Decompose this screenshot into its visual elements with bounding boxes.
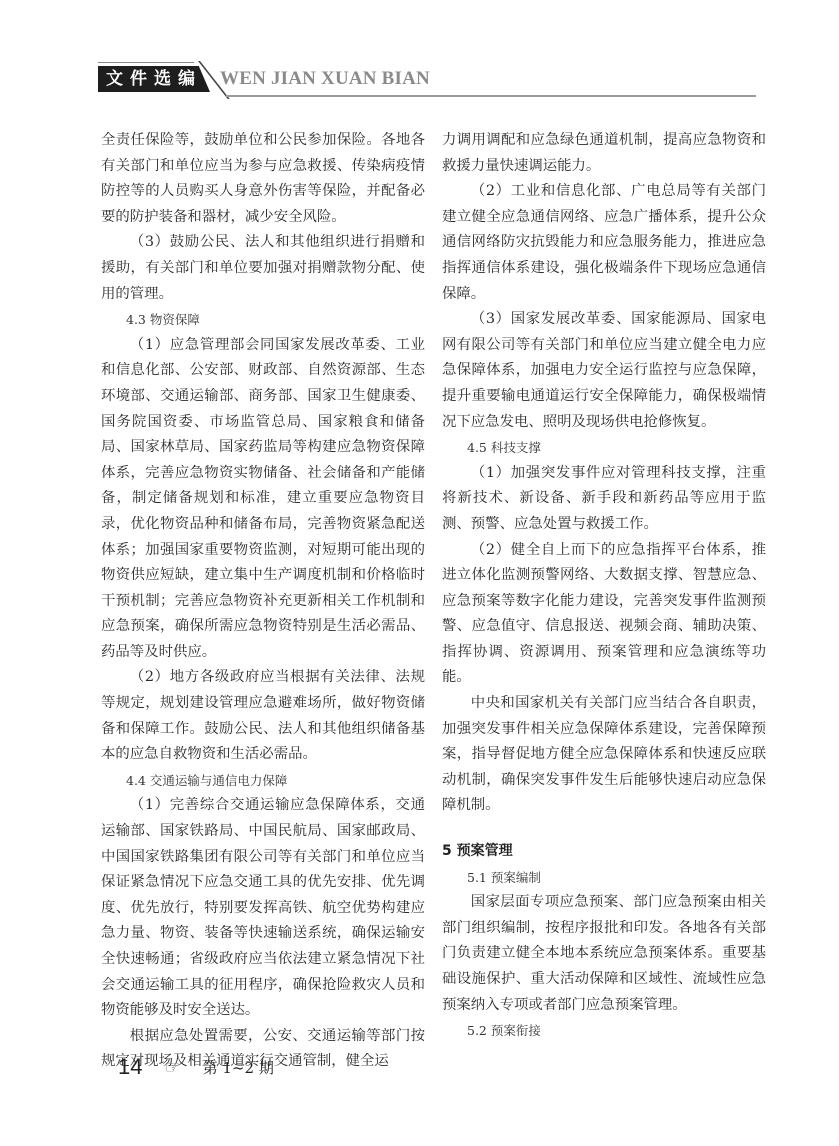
paragraph: 力调用调配和应急绿色通道机制，提高应急物资和救援力量快速调运能力。 (442, 128, 766, 179)
subsection-heading-4-4: 4.4 交通运输与通信电力保障 (101, 768, 425, 794)
section-heading-5: 5 预案管理 (442, 839, 766, 865)
paragraph: 全责任保险等，鼓励单位和公民参加保险。各地各有关部门和单位应当为参与应急救援、传… (101, 128, 425, 230)
subsection-heading-5-2: 5.2 预案衔接 (442, 1018, 766, 1044)
paragraph: （3）国家发展改革委、国家能源局、国家电网有限公司等有关部门和单位应当建立健全电… (442, 307, 766, 435)
paragraph: 国家层面专项应急预案、部门应急预案由相关部门组织编制，按程序报批和印发。各地各有… (442, 890, 766, 1018)
paragraph: （1）加强突发事件应对管理科技支撑，注重将新技术、新设备、新手段和新药品等应用于… (442, 461, 766, 538)
issue-label: 第 1~2 期 (203, 1057, 274, 1078)
paragraph: （2）地方各级政府应当根据有关法律、法规等规定，规划建设管理应急避难场所，做好物… (101, 665, 425, 767)
right-column: 力调用调配和应急绿色通道机制，提高应急物资和救援力量快速调运能力。 （2）工业和… (442, 128, 766, 1044)
paragraph: （2）健全自上而下的应急指挥平台体系，推进立体化监测预警网络、大数据支撑、智慧应… (442, 538, 766, 692)
paragraph: 中央和国家机关有关部门应当结合各自职责，加强突发事件相关应急保障体系建设，完善保… (442, 691, 766, 819)
page-footer: 14 ☞ 第 1~2 期 (118, 1052, 274, 1082)
subsection-heading-4-3: 4.3 物资保障 (101, 307, 425, 333)
paragraph: （1）完善综合交通运输应急保障体系，交通运输部、国家铁路局、中国民航局、国家邮政… (101, 793, 425, 1023)
paragraph: （2）工业和信息化部、广电总局等有关部门建立健全应急通信网络、应急广播体系，提升… (442, 179, 766, 307)
pointing-hand-icon: ☞ (164, 1057, 180, 1078)
subsection-heading-5-1: 5.1 预案编制 (442, 865, 766, 891)
header-top-rule (98, 62, 194, 63)
paragraph: （3）鼓励公民、法人和其他组织进行捐赠和援助，有关部门和单位要加强对捐赠款物分配… (101, 230, 425, 307)
page-header: 文件选编 WEN JIAN XUAN BIAN (98, 62, 758, 96)
left-column: 全责任保险等，鼓励单位和公民参加保险。各地各有关部门和单位应当为参与应急救援、传… (101, 128, 425, 1075)
paragraph: （1）应急管理部会同国家发展改革委、工业和信息化部、公安部、财政部、自然资源部、… (101, 333, 425, 666)
section-tag: 文件选编 (98, 66, 210, 92)
page-number: 14 (118, 1054, 142, 1080)
header-bottom-rule (226, 95, 756, 97)
section-tag-pinyin: WEN JIAN XUAN BIAN (220, 68, 430, 90)
subsection-heading-4-5: 4.5 科技支撑 (442, 435, 766, 461)
